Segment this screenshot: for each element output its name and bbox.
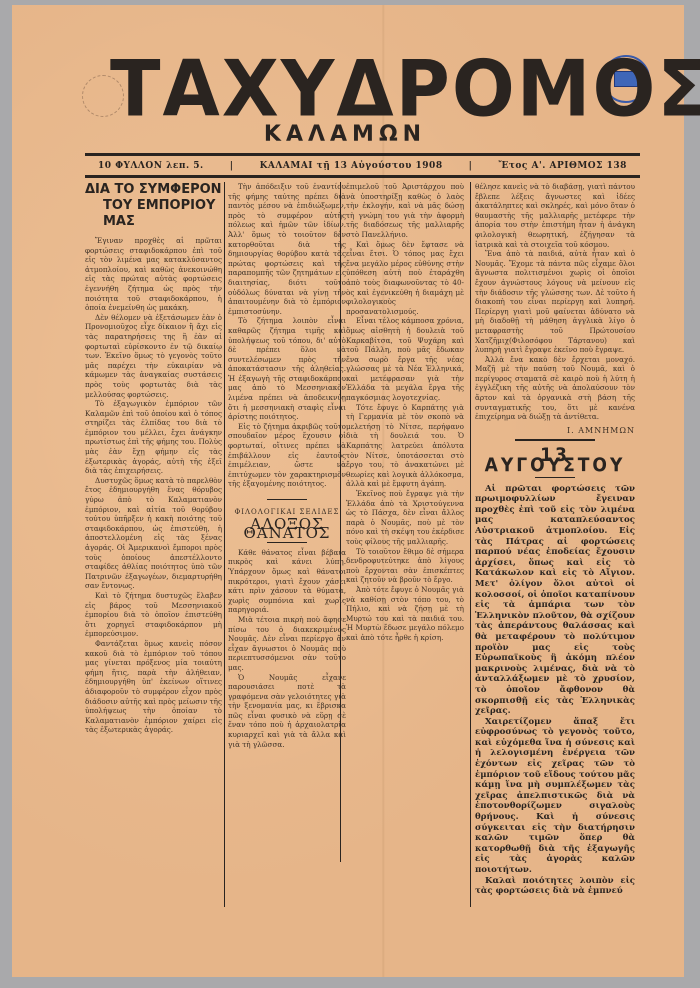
lead-headline-1: ΔΙΑ ΤΟ ΣΥΜΦΕΡΟΝ xyxy=(85,182,222,198)
paragraph: θέλησε κανεὶς νὰ τὸ διαβάσῃ, γιατὶ πάντο… xyxy=(475,182,635,249)
paragraph: Καὶ ὅμως δὲν ἔφτασε νὰ εἶναι ἔτσι. Ὁ τόπ… xyxy=(346,240,464,317)
lead-headline-2: ΤΟΥ ΕΜΠΟΡΙΟΥ ΜΑΣ xyxy=(85,198,222,230)
paragraph: Μιὰ τέτοια πικρὴ ποὺ ἄφησε πίσω του ὁ δι… xyxy=(228,615,346,673)
article-headline: 13 ΑΥΓΟΥΣΤΟΥ xyxy=(475,451,635,470)
paragraph: Δὲν θέλομεν νὰ ἐξετάσωμεν ἐὰν ὁ Προνομιο… xyxy=(85,313,222,399)
divider: | xyxy=(469,161,473,171)
paragraph: Τότε ἔφυγε ὁ Καρπάτης γιὰ τὴ Γερμανία μὲ… xyxy=(346,403,464,489)
column-3: ἐπιμελοῦ τοῦ Ἀριστάρχου ποὺ νὰ ὑποστηρίξ… xyxy=(346,182,464,643)
paragraph: Φαντάζεται ὅμως κανεὶς πόσον κακοῦ διὰ τ… xyxy=(85,639,222,735)
paragraph: Αἱ πρῶται φορτώσεις τῶν πρωιμοφυλλίων ἔγ… xyxy=(475,484,635,717)
masthead-title: ΤΑΧΥΔΡΟΜΟΣ xyxy=(110,50,580,128)
paragraph: Ἀλλὰ ἔνα κακὸ δὲν ἔρχεται μοναχό. Μαζῆ μ… xyxy=(475,355,635,422)
paragraph: Εἶναι τέλος κάμποσα χρόνια, ὅμως αἰσθητὴ… xyxy=(346,316,464,402)
paragraph: Ἀπὸ τότε ἔφυγε ὁ Νουμᾶς γιὰ νὰ καθίσῃ στ… xyxy=(346,585,464,643)
paragraph: Τὸ ζήτημα λοιπὸν εἶναι καθαρῶς ζήτημα τι… xyxy=(228,316,346,422)
masthead-rule-bottom xyxy=(85,175,640,178)
paragraph: Τὴν ἀπόδειξιν τοῦ ἐναντίου τῆς φήμης ταύ… xyxy=(228,182,346,316)
paragraph: Ὁ Νουμᾶς εἶχανε παρουσιάσει ποτὲ τὰ γραφ… xyxy=(228,673,346,750)
divider: | xyxy=(230,161,234,171)
price: 10 ΦΥΛΛΟΝ λεπ. 5. xyxy=(98,161,204,171)
paragraph: ἐπιμελοῦ τοῦ Ἀριστάρχου ποὺ νὰ ὑποστηρίξ… xyxy=(346,182,464,240)
column-4: θέλησε κανεὶς νὰ τὸ διαβάσῃ, γιατὶ πάντο… xyxy=(475,182,635,897)
paragraph: Ἕνα ἀπὸ τὰ παιδιά, αὐτὰ ἦταν καὶ ὁ Νουμᾶ… xyxy=(475,249,635,355)
paragraph: Χαιρετίζομεν ἅπαξ ἔτι εὐφροσύνως τὸ γεγο… xyxy=(475,717,635,876)
masthead-rule-top xyxy=(85,153,640,156)
paragraph: Καλαὶ ποιότητες λοιπὸν εἰς τὰς φορτώσεις… xyxy=(475,876,635,897)
paragraph: Εἰς τὸ ζήτημα ἀκριβῶς τοῦτο σπουδαῖον μέ… xyxy=(228,422,346,489)
paragraph: Ἔγιναν προχθὲς αἱ πρῶται φορτώσεις σταφι… xyxy=(85,236,222,313)
column-divider xyxy=(224,182,225,907)
issue-number: Ἔτος Α'. ΑΡΙΘΜΟΣ 138 xyxy=(499,161,627,171)
section-rule xyxy=(535,477,575,478)
paragraph: Κάθε θάνατος εἶναι βέβαια πικρὸς καὶ κάν… xyxy=(228,548,346,615)
column-2: Τὴν ἀπόδειξιν τοῦ ἐναντίου τῆς φήμης ταύ… xyxy=(228,182,346,749)
paragraph: Τὸ τοιοῦτον ἔθιμο δὲ σήμερα δενδροφυτεύτ… xyxy=(346,547,464,585)
masthead-subtitle: ΚΑΛΑΜΩΝ xyxy=(200,122,490,147)
section-title: ΑΔΟΞΟΣ ΘΑΝΑΤΟΣ xyxy=(228,520,346,539)
paragraph: Ἐκεῖνος ποὺ ἔγραψε γιὰ τὴν Ἑλλάδα ἀπὸ τὰ… xyxy=(346,489,464,547)
column-divider xyxy=(470,182,471,907)
dateline: 10 ΦΥΛΛΟΝ λεπ. 5. | ΚΑΛΑΜΑΙ τῇ 13 Αὐγούσ… xyxy=(85,158,640,174)
paragraph: Δυστυχῶς ὅμως κατὰ τὸ παρελθὸν ἔτος ἐδημ… xyxy=(85,476,222,591)
paragraph: Καὶ τὸ ζήτημα δυστυχῶς ἔλαβεν εἰς βάρος … xyxy=(85,591,222,639)
issue-date: ΚΑΛΑΜΑΙ τῇ 13 Αὐγούστου 1908 xyxy=(260,161,443,171)
section-rule xyxy=(515,439,595,441)
column-lead: ΔΙΑ ΤΟ ΣΥΜΦΕΡΟΝ ΤΟΥ ΕΜΠΟΡΙΟΥ ΜΑΣ Ἔγιναν … xyxy=(85,182,222,735)
section-rule xyxy=(267,499,307,500)
paragraph: Τὸ ἐξαγωγικὸν ἐμπόριον τῶν Καλαμῶν ἐπὶ τ… xyxy=(85,399,222,476)
signature: Ι. ΑΜΝΗΜΩΝ xyxy=(475,426,635,436)
